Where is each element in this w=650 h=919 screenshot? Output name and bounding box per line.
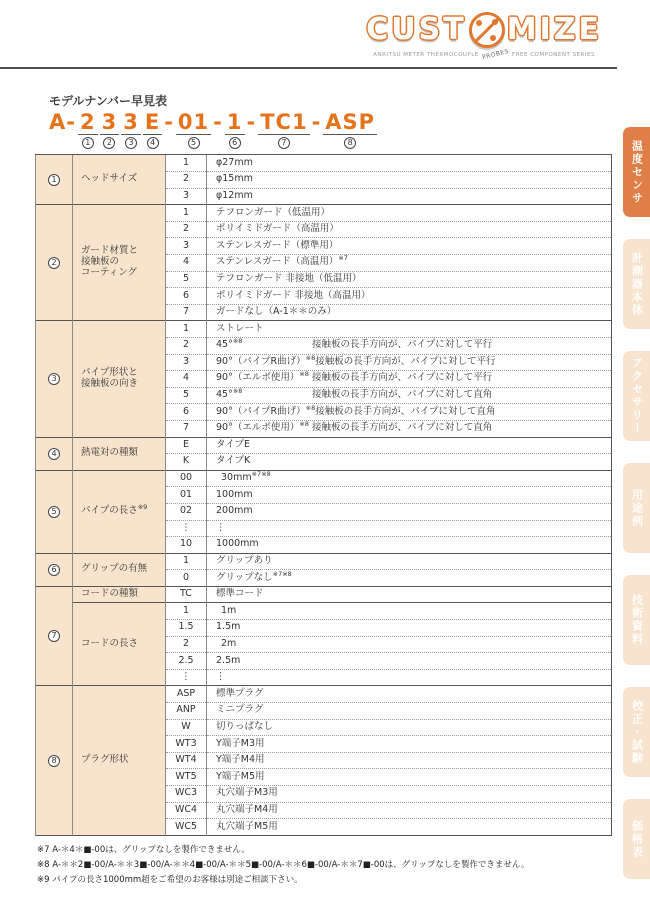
section-number: 4 [48,448,60,460]
desc-footnote-ref: ※7※8 [273,569,292,577]
description-cell: 90°（エルボ使用）※8接触板の長手方向が、パイプに対して平行 [207,371,612,388]
model-segment: 33 [121,111,141,149]
table-row: 7コードの種類TC標準コード [36,586,612,603]
section-number-cell: 4 [36,437,73,470]
section-number-cell: 5 [36,470,73,553]
section-number-cell: 8 [36,686,73,835]
sidebar-tab[interactable]: 計測器本体 [623,239,650,329]
brand-tagline-probes: PROBES [481,48,509,61]
model-number: A-213233E4-015-16-TC17-ASP8 [48,111,612,149]
desc-footnote-ref: ※8 [306,354,316,362]
description-cell: ⋮ [207,669,612,686]
description-text: 90°（パイプR曲げ）※8 [216,357,315,368]
description-cell: 90°（パイプR曲げ）※8接触板の長手方向が、パイプに対して平行 [207,354,612,371]
section-number-cell: 6 [36,553,73,586]
code-cell: 5 [166,271,207,288]
description-note: 接触板の長手方向が、パイプに対して平行 [312,372,492,383]
model-segment-text: 2 [78,111,98,135]
description-cell: 丸穴端子M5用 [207,819,612,836]
description-cell: グリップあり [207,553,612,570]
code-cell: WC4 [166,802,207,819]
section-number-cell: 3 [36,321,73,437]
model-segment-text: - [312,111,322,133]
section-label-cell: ヘッドサイズ [73,155,166,205]
code-cell: WC3 [166,786,207,803]
model-segment-text: 3 [100,111,120,135]
section-number: 5 [48,506,60,518]
section-label-cell: コードの長さ [73,603,166,686]
brand-logo-wordmark: CUST MIZE [366,12,602,48]
code-cell: 1 [166,603,207,620]
code-cell: 2 [166,172,207,189]
model-segment-text: - [164,111,174,133]
section-number: 8 [48,755,60,767]
description-cell: 45°※8接触板の長手方向が、パイプに対して平行 [207,337,612,354]
description-note: 接触板の長手方向が、パイプに対して直角 [312,422,492,433]
model-segment: - [247,111,257,133]
model-segment-index: 4 [147,137,159,149]
description-cell: 1m [207,603,612,620]
code-cell: WT3 [166,736,207,753]
code-cell: 2 [166,636,207,653]
description-note: 接触板の長手方向が、パイプに対して平行 [312,339,492,350]
brand-logo-circle-icon [469,12,505,48]
label-footnote-ref: ※9 [138,503,148,511]
model-segment-text: E [143,111,162,135]
model-segment-index: 8 [344,137,356,149]
model-segment-index: 7 [278,137,290,149]
brand-logo: CUST MIZE ANRITSU METER THERMOCOUPLE PRO… [366,12,602,58]
model-segment-index: 1 [82,137,94,149]
model-segment: 16 [225,111,245,149]
description-text: 90°（エルボ使用）※8 [216,423,312,434]
model-segment-index: 6 [229,137,241,149]
footnotes: ※7 A-＊4＊■-00は、グリップなしを製作できません。 ※8 A-＊＊2■-… [37,843,612,889]
model-segment: 32 [100,111,120,149]
model-segment: A- [49,111,76,133]
header-divider [0,67,617,69]
code-cell: 7 [166,304,207,321]
description-cell: ストレート [207,321,612,338]
code-cell: ⋮ [166,520,207,537]
description-cell: ミニプラグ [207,703,612,720]
main-content: モデルナンバー早見表 A-213233E4-015-16-TC17-ASP8 1… [35,88,612,889]
model-segment-text: 1 [225,111,245,135]
model-segment: 21 [78,111,98,149]
description-cell: 45°※8接触板の長手方向が、パイプに対して直角 [207,387,612,404]
section-number: 3 [48,373,60,385]
desc-footnote-ref: ※7※8 [252,470,271,478]
code-cell: 7 [166,420,207,437]
description-cell: 切りっぱなし [207,719,612,736]
sidebar-tab[interactable]: 校正・試験 [623,687,650,777]
code-cell: ⋮ [166,669,207,686]
code-cell: 01 [166,487,207,504]
section-label-cell: パイプの長さ※9 [73,470,166,553]
sidebar-tabs: 温度センサ計測器本体アクセサリー用途例技術資料校正・試験価格表 [623,127,650,879]
footnote-8: ※8 A-＊＊2■-00/A-＊＊3■-00/A-＊＊4■-00/A-＊＊5■-… [37,858,612,873]
description-cell: φ27mm [207,155,612,172]
table-row: コードの長さ11m [36,603,612,620]
code-cell: ASP [166,686,207,703]
table-row: 2ガード材質と 接触板の コーティング1テフロンガード（低温用） [36,205,612,222]
table-row: 3パイプ形状と 接触板の向き1ストレート [36,321,612,338]
description-cell: テフロンガード 非接地（低温用） [207,271,612,288]
description-cell: 90°（エルボ使用）※8接触板の長手方向が、パイプに対して直角 [207,420,612,437]
model-segment-text: - [213,111,223,133]
description-cell: 90°（パイプR曲げ）※8接触板の長手方向が、パイプに対して直角 [207,404,612,421]
code-cell: W [166,719,207,736]
code-cell: TC [166,586,207,603]
code-cell: 2 [166,337,207,354]
model-segment-index: 3 [125,137,137,149]
section-label-cell: グリップの有無 [73,553,166,586]
description-cell: 標準コード [207,586,612,603]
sidebar-tab[interactable]: 技術資料 [623,575,650,665]
description-cell: タイプE [207,437,612,454]
description-cell: ⋮ [207,520,612,537]
code-cell: 10 [166,537,207,554]
code-cell: WC5 [166,819,207,836]
description-cell: Y端子M5用 [207,769,612,786]
model-segment: TC17 [258,111,309,149]
section-label-cell: ガード材質と 接触板の コーティング [73,205,166,321]
code-cell: K [166,454,207,471]
model-segment: - [312,111,322,133]
model-segment-index: 2 [103,137,115,149]
description-cell: 200mm [207,503,612,520]
description-cell: ステンレスガード（高温用）※7 [207,255,612,272]
code-cell: 1 [166,155,207,172]
model-segment-text: A- [49,111,76,133]
code-cell: 4 [166,255,207,272]
sidebar-tab[interactable]: 用途例 [623,463,650,553]
table-row: 5パイプの長さ※90030mm※7※8 [36,470,612,487]
description-cell: ポリイミドガード（高温用） [207,221,612,238]
desc-footnote-ref: ※8 [306,404,316,412]
brand-logo-text-left: CUST [366,15,466,45]
description-text: 90°（パイプR曲げ）※8 [216,407,315,418]
code-cell: ANP [166,703,207,720]
code-cell: 2.5 [166,653,207,670]
footnote-7: ※7 A-＊4＊■-00は、グリップなしを製作できません。 [37,843,612,858]
code-cell: 1 [166,205,207,222]
description-cell: グリップなし※7※8 [207,570,612,587]
description-note: 接触板の長手方向が、パイプに対して直角 [315,406,495,417]
model-segment-text: TC1 [258,111,309,135]
model-segment-text: 01 [176,111,211,135]
brand-tagline-right: FREE COMPONENT SERIES [512,52,595,58]
code-cell: 2 [166,221,207,238]
description-text: 45°※8 [216,390,312,401]
brand-tagline-left: ANRITSU METER THERMOCOUPLE [373,52,479,58]
section-number: 1 [48,174,60,186]
model-code-table-body: 1ヘッドサイズ1φ27mm2φ15mm3φ12mm2ガード材質と 接触板の コー… [36,155,612,835]
model-segment: - [164,111,174,133]
model-segment: - [213,111,223,133]
code-cell: 02 [166,503,207,520]
table-row: 6グリップの有無1グリップあり [36,553,612,570]
description-text: 45°※8 [216,340,312,351]
description-cell: 2.5m [207,653,612,670]
model-segment-text: 3 [121,111,141,135]
desc-footnote-ref: ※8 [299,420,309,428]
description-cell: 丸穴端子M3用 [207,786,612,803]
description-cell: ガードなし（A-1＊＊のみ） [207,304,612,321]
section-label-cell: 熱電対の種類 [73,437,166,470]
model-segment-text: ASP [323,111,377,135]
brand-tagline: ANRITSU METER THERMOCOUPLE PROBES FREE C… [366,51,602,58]
model-code-table: 1ヘッドサイズ1φ27mm2φ15mm3φ12mm2ガード材質と 接触板の コー… [35,154,612,835]
page-title: モデルナンバー早見表 [49,94,612,108]
sidebar-tab[interactable]: アクセサリー [623,351,650,441]
code-cell: 0 [166,570,207,587]
table-row: 1ヘッドサイズ1φ27mm [36,155,612,172]
section-number-cell: 2 [36,205,73,321]
section-label-cell: コードの種類 [73,586,166,603]
sidebar-tab[interactable]: 価格表 [623,799,650,879]
code-cell: 6 [166,404,207,421]
model-segment: 015 [176,111,211,149]
section-number-cell: 1 [36,155,73,205]
model-segment: E4 [143,111,162,149]
code-cell: 3 [166,238,207,255]
section-number: 7 [48,630,60,642]
desc-footnote-ref: ※8 [233,337,243,345]
code-cell: 1 [166,321,207,338]
description-cell: 2m [207,636,612,653]
model-segment: ASP8 [323,111,377,149]
code-cell: 3 [166,354,207,371]
footnote-9: ※9 パイプの長さ1000mm超をご希望のお客様は別途ご相談下さい。 [37,873,612,888]
description-cell: テフロンガード（低温用） [207,205,612,222]
code-cell: 4 [166,371,207,388]
description-cell: タイプK [207,454,612,471]
description-cell: Y端子M4用 [207,752,612,769]
code-cell: 6 [166,288,207,305]
description-cell: 1.5m [207,620,612,637]
description-cell: φ15mm [207,172,612,189]
description-cell: ポリイミドガード 非接地（高温用） [207,288,612,305]
code-cell: 3 [166,188,207,205]
description-cell: 標準プラグ [207,686,612,703]
description-cell: 丸穴端子M4用 [207,802,612,819]
description-cell: 30mm※7※8 [207,470,612,487]
model-segment-text: - [247,111,257,133]
section-number-cell: 7 [36,586,73,686]
code-cell: WT4 [166,752,207,769]
section-label-cell: パイプ形状と 接触板の向き [73,321,166,437]
brand-logo-text-right: MIZE [507,15,602,45]
code-cell: E [166,437,207,454]
description-text: 90°（エルボ使用）※8 [216,373,312,384]
description-note: 接触板の長手方向が、パイプに対して直角 [312,389,492,400]
code-cell: 00 [166,470,207,487]
section-number: 6 [48,564,60,576]
description-note: 接触板の長手方向が、パイプに対して平行 [315,356,495,367]
section-label-cell: プラグ形状 [73,686,166,835]
description-cell: 100mm [207,487,612,504]
desc-footnote-ref: ※8 [233,387,243,395]
table-row: 8プラグ形状ASP標準プラグ [36,686,612,703]
description-cell: φ12mm [207,188,612,205]
section-number: 2 [48,257,60,269]
page: CUST MIZE ANRITSU METER THERMOCOUPLE PRO… [0,0,650,919]
code-cell: 5 [166,387,207,404]
code-cell: WT5 [166,769,207,786]
desc-footnote-ref: ※7 [338,254,348,262]
sidebar-tab[interactable]: 温度センサ [623,127,650,217]
description-cell: Y端子M3用 [207,736,612,753]
description-cell: 1000mm [207,537,612,554]
code-cell: 1 [166,553,207,570]
model-segment-index: 5 [188,137,200,149]
desc-footnote-ref: ※8 [299,370,309,378]
table-row: 4熱電対の種類EタイプE [36,437,612,454]
code-cell: 1.5 [166,620,207,637]
description-cell: ステンレスガード（標準用） [207,238,612,255]
